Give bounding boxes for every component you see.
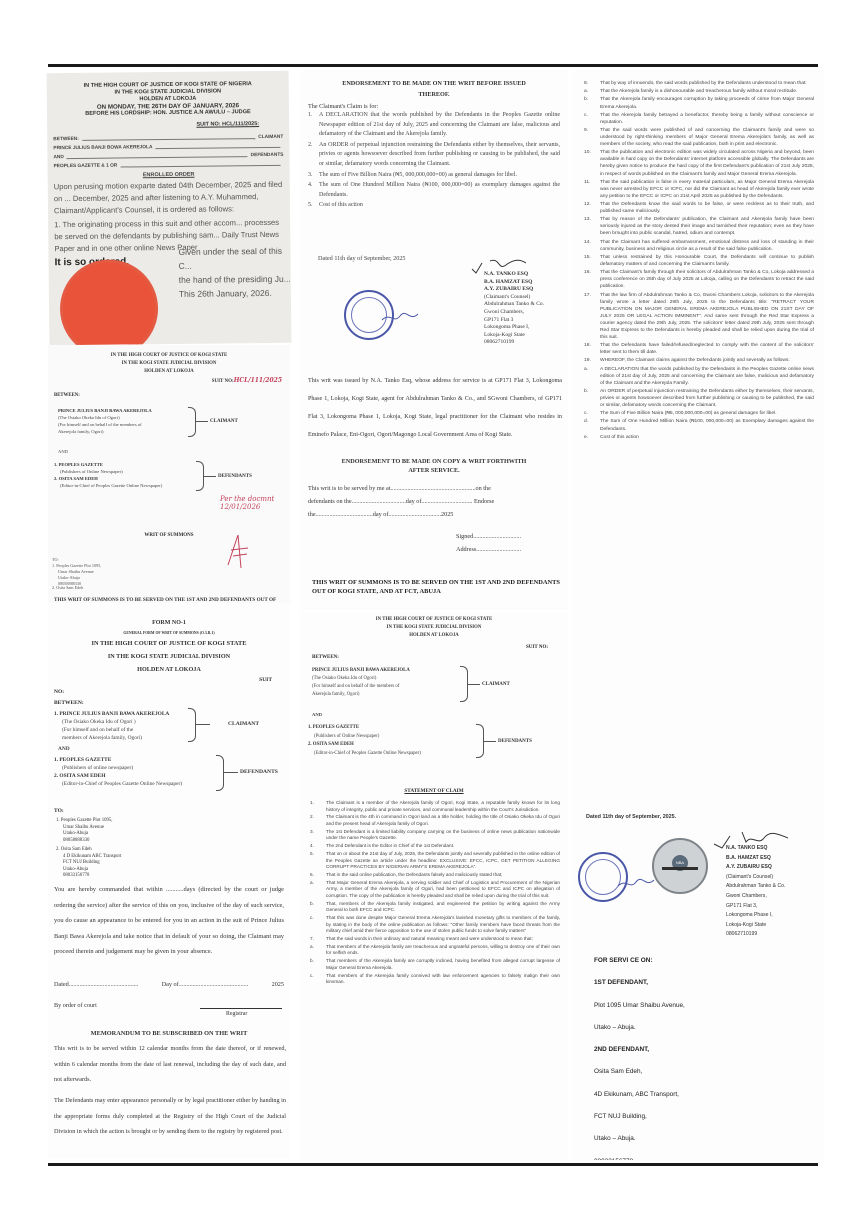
item-number: 5.	[308, 201, 319, 211]
item-text: WHEREOF, the Claimant claims against the…	[600, 357, 790, 364]
item-number: 14.	[584, 239, 600, 253]
claim-item: 4.The sum of One Hundred Million Naira (…	[300, 181, 568, 200]
item-text: The Claimant is a member of the Akerejol…	[326, 800, 560, 813]
claimant-block: 1. PRINCE JULIUS BANJI BAWA AKEREJOLA (T…	[54, 710, 169, 742]
service-line: FOR SERVI CE ON:	[594, 950, 685, 972]
item-text: That on or about the 21st day of July, 2…	[326, 851, 560, 871]
claim-paragraph: 12.That the Defendants know the said wor…	[584, 201, 814, 215]
claim-paragraph: b.An ORDER of perpetual injunction restr…	[584, 388, 814, 409]
claim-item: 5.Cost of this action	[300, 201, 568, 211]
item-number: 1.	[308, 111, 319, 140]
counsel-line: Gwoni Chambers,	[726, 892, 785, 902]
item-text: That members of the Akerejola family are…	[326, 958, 560, 971]
counsel-line: B.A. HAMZAT ESQ	[726, 854, 785, 864]
counsel-block: N.A. TANKO ESQ B.A. HAMZAT ESQ A.Y. ZUBA…	[484, 271, 544, 347]
dated-line: Dated...................................…	[54, 981, 284, 988]
court-header: IN THE HIGH COURT OF JUSTICE OF KOGI STA…	[48, 345, 290, 376]
command-paragraph: You are hereby commanded that within ...…	[54, 882, 284, 960]
item-number: c.	[310, 973, 326, 986]
claim-paragraph: c.That members of the Akerejola family c…	[310, 973, 560, 986]
claim-paragraph: a.A DECLARATION that the words published…	[584, 366, 814, 387]
item-text: That the Claimant's family through their…	[600, 269, 814, 290]
claim-paragraph: c.That this was done despite Major Gener…	[310, 915, 560, 935]
item-text: That members of the Akerejola family are…	[326, 944, 560, 957]
defendants-block: 1. PEOPLES GAZETTE (Publishers of online…	[54, 756, 182, 788]
bottom-rule	[48, 1163, 818, 1166]
enrolled-order-photo: IN THE HIGH COURT OF JUSTICE OF KOGI STA…	[47, 71, 292, 346]
item-text: That this was done despite Major General…	[326, 915, 560, 935]
claim-paragraph: 8.That by way of innuendo, the said word…	[584, 80, 814, 87]
item-text: That the law firm of Abdulrahman Tanko &…	[600, 292, 814, 341]
item-number: 19.	[584, 357, 600, 364]
service-line: Utako – Abuja.	[594, 1128, 685, 1150]
claim-paragraph: a.That members of the Akerejola family a…	[310, 944, 560, 957]
court-header: IN THE HIGH COURT OF JUSTICE OF KOGI STA…	[47, 71, 289, 119]
item-number: 15.	[584, 254, 600, 268]
claim-paragraph: 13.That by reason of the Defendants' pub…	[584, 216, 814, 237]
item-number: 2.	[308, 141, 319, 170]
item-number: 10.	[584, 149, 600, 177]
suit-number: SUIT NO:HCL/111/2025	[212, 377, 282, 384]
item-text: The sum of Five Billion Naira (₦5, 000,0…	[319, 171, 517, 181]
item-text: That in the said online publication, the…	[326, 872, 502, 879]
item-text: That by way of innuendo, the said words …	[600, 80, 807, 87]
handwritten-note: Per the docmnt 12/01/2026	[220, 495, 274, 511]
item-text: That unless restrained by this Honourabl…	[600, 254, 814, 268]
item-text: An ORDER of perpetual injunction restrai…	[600, 388, 814, 409]
claim-paragraph: 2.The Claimant is the 4th in command in …	[310, 814, 560, 827]
item-text: A DECLARATION that the words published b…	[600, 366, 814, 387]
item-number: 9.	[584, 127, 600, 148]
endorsement-page: ENDORSEMENT TO BE MADE ON THE WRIT BEFOR…	[300, 70, 568, 610]
endorsement-title: ENDORSEMENT TO BE MADE ON THE WRIT BEFOR…	[300, 70, 568, 100]
counsel-line: 08062710199	[726, 930, 785, 940]
memo-paragraph: The Defendants may enter appearance pers…	[54, 1093, 286, 1140]
claim-paragraph: 17.That the law firm of Abdulrahman Tank…	[584, 292, 814, 341]
item-text: That, members of the Akerejola family in…	[326, 901, 560, 914]
service-line: 4D Ekikunam, ABC Transport,	[594, 1084, 685, 1106]
item-number: 5.	[310, 851, 326, 871]
item-number: 8.	[584, 80, 600, 87]
item-number: c.	[584, 410, 600, 417]
service-line: Osita Sam Edeh,	[594, 1061, 685, 1083]
issued-by-paragraph: This writ was issued by N.A. Tanko Esq, …	[308, 372, 562, 444]
claim-paragraph: 4.The 2nd Defendant is the Editor in Chi…	[310, 843, 560, 850]
claim-paragraph: 14.That the Claimant has suffered embarr…	[584, 239, 814, 253]
claim-paragraph: 16.That the Claimant's family through th…	[584, 269, 814, 290]
item-number: 6.	[310, 872, 326, 879]
counsel-line: Abdulrahman Tanko & Co.	[726, 882, 785, 892]
counsel-block: N.A. TANKO ESQB.A. HAMZAT ESQA.Y. ZUBAIR…	[726, 844, 785, 940]
item-text: That by reason of the Defendants' public…	[600, 216, 814, 237]
stamp-signature-icon	[616, 874, 656, 892]
claim-paragraph: 18.That the Defendants have failed/refus…	[584, 342, 814, 356]
claim-paragraph: b.That members of the Akerejola family a…	[310, 958, 560, 971]
item-text: The sum of One Hundred Million Naira (₦1…	[319, 181, 560, 200]
item-number: c.	[310, 915, 326, 935]
item-text: A DECLARATION that the words published b…	[319, 111, 560, 140]
item-number: 11.	[584, 179, 600, 200]
item-text: That the Akerejola family encourages cor…	[600, 96, 814, 110]
claim-paragraph: 7.That the said words in their ordinary …	[310, 936, 560, 943]
writ-title: WRIT OF SUMMONS	[48, 533, 290, 538]
item-text: That the Defendants know the said words …	[600, 201, 814, 215]
memo-title: MEMORANDUM TO BE SUBSCRIBED ON THE WRIT	[48, 1030, 290, 1037]
item-text: The 2nd Defendant is the Editor in Chief…	[326, 843, 454, 850]
claim-paragraph: 9.That the said words were published of …	[584, 127, 814, 148]
service-line: 2ND DEFENDANT,	[594, 1039, 685, 1061]
claim-paragraph: 5.That on or about the 21st day of July,…	[310, 851, 560, 871]
claimant-block: PRINCE JULIUS BANJI BAWA AKEREJOLA (The …	[58, 407, 152, 435]
item-text: That the said publication is false in ev…	[600, 179, 814, 200]
claim-paragraph: a.That the Akerejola family is a dishono…	[584, 88, 814, 95]
item-number: 12.	[584, 201, 600, 215]
addressee-list: 1. Peoples Gazette Plot 1095, Umar Shaib…	[56, 818, 121, 880]
item-text: The Sum of One Hundred Million Naira (₦1…	[600, 418, 814, 432]
court-seal-icon	[63, 262, 156, 345]
claim-paragraph: d.The Sum of One Hundred Million Naira (…	[584, 418, 814, 432]
defendants-block: 1. PEOPLES GAZETTE (Publishers of Online…	[308, 724, 421, 758]
signature-icon	[223, 530, 253, 570]
claim-paragraph: 10.That the publication and electronic e…	[584, 149, 814, 177]
item-number: b.	[584, 388, 600, 409]
after-service-title: ENDORSEMENT TO BE MADE ON COPY & WRIT FO…	[300, 458, 568, 475]
counsel-line: N.A. TANKO ESQ	[726, 844, 785, 854]
claim-paragraph: 3.The 1st Defendant is a limited liabili…	[310, 829, 560, 842]
seal-text: Given under the seal of this C... the ha…	[178, 244, 291, 301]
statement-continued-page: 8.That by way of innuendo, the said word…	[572, 70, 824, 800]
service-line: Plot 1095 Umar Shaibu Avenue,	[594, 995, 685, 1017]
counsel-line: GP171 Flat 3,	[726, 902, 785, 912]
claim-paragraph: 1.The Claimant is a member of the Akerej…	[310, 800, 560, 813]
item-number: 3.	[308, 171, 319, 181]
claim-paragraph: c.The Sum of Five Billion Naira (₦5, 000…	[584, 410, 814, 417]
item-number: 4.	[310, 843, 326, 850]
court-header: IN THE HIGH COURT OF JUSTICE OF KOGI STA…	[300, 612, 568, 640]
claim-item: 2.An ORDER of perpetual injunction restr…	[300, 141, 568, 170]
item-text: That the Akerejola family is a dishonour…	[600, 88, 797, 95]
item-text: That the publication and electronic edit…	[600, 149, 814, 177]
service-line: FCT NUJ Building,	[594, 1106, 685, 1128]
suit-number: SUIT NO: HCL/111/2025:	[47, 121, 259, 129]
service-line: 08033156778	[594, 1151, 685, 1160]
stamp-signature-icon	[380, 308, 420, 326]
writ-of-summons-page: IN THE HIGH COURT OF JUSTICE OF KOGI STA…	[48, 345, 290, 603]
service-line: Utako – Abuja.	[594, 1017, 685, 1039]
item-text: An ORDER of perpetual injunction restrai…	[319, 141, 560, 170]
item-number: c.	[584, 112, 600, 126]
memo-paragraph: This writ is to be served within 12 cale…	[54, 1041, 286, 1088]
top-rule	[48, 64, 818, 67]
item-number: 2.	[310, 814, 326, 827]
addressee-list: TO: 1. Peoples Gazette Plot 1095, Umar S…	[52, 557, 101, 587]
claim-paragraph: 15.That unless restrained by this Honour…	[584, 254, 814, 268]
claim-item: 1.A DECLARATION that the words published…	[300, 111, 568, 140]
item-number: 3.	[310, 829, 326, 842]
item-text: That the said words were published of an…	[600, 127, 814, 148]
item-number: a.	[310, 880, 326, 900]
item-number: e.	[584, 434, 600, 441]
item-text: That Major General Erema Akerejola, a se…	[326, 880, 560, 900]
nba-seal-icon: NBA	[652, 838, 708, 894]
item-number: 1.	[310, 800, 326, 813]
item-text: The Sum of Five Billion Naira (₦5, 000,0…	[600, 410, 777, 417]
item-text: That members of the Akerejola family con…	[326, 973, 560, 986]
item-text: Cost of this action	[319, 201, 363, 211]
service-line: 1ST DEFENDANT,	[594, 972, 685, 994]
statement-title: STATEMENT OF CLAIM	[300, 788, 568, 794]
item-text: That the Akerejola family betrayed a ben…	[600, 112, 814, 126]
item-text: The Claimant is the 4th in command in Og…	[326, 814, 560, 827]
item-number: 16.	[584, 269, 600, 290]
item-number: b.	[310, 901, 326, 914]
service-endorsement-lines: This writ is to be served by me at......…	[308, 482, 562, 521]
claim-paragraph: e.Cost of this action	[584, 434, 814, 441]
item-number: a.	[584, 88, 600, 95]
item-number: 18.	[584, 342, 600, 356]
serve-out-note: THIS WRIT OF SUMMONS IS TO BE SERVED ON …	[312, 578, 562, 596]
item-number: 13.	[584, 216, 600, 237]
signature-block: Dated 11th day of September, 2025. NBA N…	[572, 800, 824, 940]
claim-paragraph: a.That Major General Erema Akerejola, a …	[310, 880, 560, 900]
for-service-block: FOR SERVI CE ON:1ST DEFENDANT,Plot 1095 …	[572, 940, 824, 1160]
claims-list: 1.A DECLARATION that the words published…	[300, 111, 568, 211]
item-text: The 1st Defendant is a limited liability…	[326, 829, 560, 842]
claim-item: 3.The sum of Five Billion Naira (₦5, 000…	[300, 171, 568, 181]
counsel-line: Lokoja-Kogi State	[726, 921, 785, 931]
order-body: Upon perusing motion exparte dated 04th …	[48, 177, 290, 218]
registrar-signature-line	[200, 1008, 282, 1009]
item-text: That the said words in their ordinary an…	[326, 936, 533, 943]
claim-paragraph: b.That, members of the Akerejola family …	[310, 901, 560, 914]
claim-paragraph: b.That the Akerejola family encourages c…	[584, 96, 814, 110]
item-number: b.	[310, 958, 326, 971]
item-text: That the Defendants have failed/refused/…	[600, 342, 814, 356]
item-number: 4.	[308, 181, 319, 200]
item-number: a.	[584, 366, 600, 387]
claimant-block: PRINCE JULIUS BANJI BAWA AKEREJOLA (The …	[312, 667, 410, 699]
claim-paragraph: 6.That in the said online publication, t…	[310, 872, 560, 879]
item-number: 7.	[310, 936, 326, 943]
defendants-block: 1. PEOPLES GAZETTE (Publishers of Online…	[54, 461, 162, 489]
claim-paragraph: 19.WHEREOF, the Claimant claims against …	[584, 357, 814, 364]
counsel-line: A.Y. ZUBAIRU ESQ	[726, 863, 785, 873]
item-number: 17.	[584, 292, 600, 341]
item-text: That the Claimant has suffered embarrass…	[600, 239, 814, 253]
form-no-1-page: FORM NO-1 GENERAL FORM OF WRIT OF SUMMON…	[48, 603, 290, 1158]
item-number: d.	[584, 418, 600, 432]
claim-paragraph: 11.That the said publication is false in…	[584, 179, 814, 200]
claim-paragraph: c.That the Akerejola family betrayed a b…	[584, 112, 814, 126]
item-number: a.	[310, 944, 326, 957]
statement-of-claim-page: IN THE HIGH COURT OF JUSTICE OF KOGI STA…	[300, 612, 568, 1160]
claim-paragraphs: 1.The Claimant is a member of the Akerej…	[310, 800, 560, 987]
counsel-line: (Claimant's Counsel)	[726, 873, 785, 883]
counsel-line: Lokongoma Phase I,	[726, 911, 785, 921]
claim-paragraphs: 8.That by way of innuendo, the said word…	[584, 80, 814, 442]
item-text: Cost of this action	[600, 434, 639, 441]
item-number: b.	[584, 96, 600, 110]
